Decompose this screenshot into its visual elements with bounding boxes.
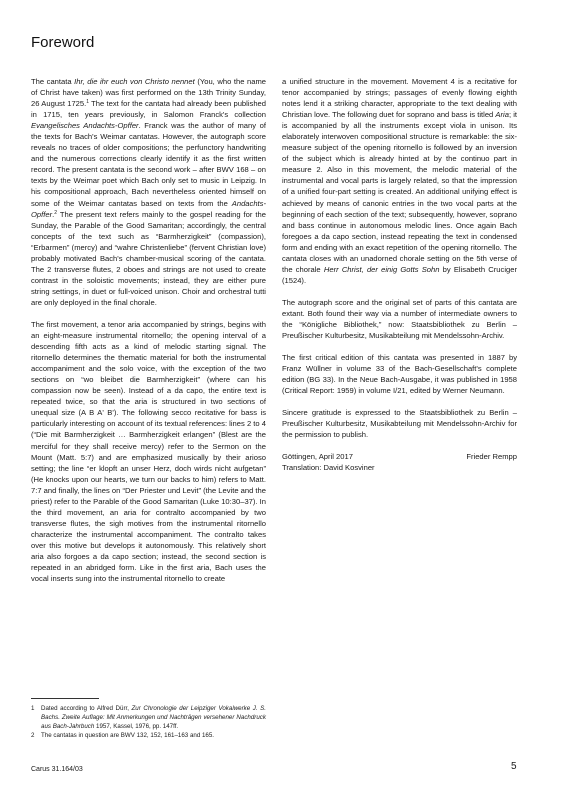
footnotes: 1 Dated according to Alfred Dürr, Zur Ch… — [31, 704, 266, 740]
chorale-title: Herr Christ, der einig Gotts Sohn — [324, 265, 440, 274]
paragraph-movements-cont: a unified structure in the movement. Mov… — [282, 76, 517, 286]
page-title: Foreword — [31, 34, 94, 51]
left-column: The cantata Ihr, die ihr euch von Christ… — [31, 76, 266, 584]
paragraph-editions: The first critical edition of this canta… — [282, 352, 517, 396]
place-date: Göttingen, April 2017 — [282, 451, 353, 462]
cantata-title: Ihr, die ihr euch von Christo nennet — [74, 77, 195, 86]
page-number: 5 — [511, 761, 517, 772]
paragraph-movements: The first movement, a tenor aria accompa… — [31, 319, 266, 584]
footnote-2: 2 The cantatas in question are BWV 132, … — [31, 731, 266, 740]
author-name: Frieder Rempp — [466, 451, 517, 462]
paragraph-gratitude: Sincere gratitude is expressed to the St… — [282, 407, 517, 440]
catalog-number: Carus 31.164/03 — [31, 766, 83, 773]
paragraph-sources: The autograph score and the original set… — [282, 297, 517, 341]
footnote-divider — [31, 698, 99, 699]
translator: Translation: David Kosviner — [282, 462, 517, 473]
footnote-1: 1 Dated according to Alfred Dürr, Zur Ch… — [31, 704, 266, 731]
signature-block: Göttingen, April 2017 Frieder Rempp Tran… — [282, 451, 517, 473]
paragraph-intro: The cantata Ihr, die ihr euch von Christ… — [31, 76, 266, 308]
right-column: a unified structure in the movement. Mov… — [282, 76, 517, 474]
